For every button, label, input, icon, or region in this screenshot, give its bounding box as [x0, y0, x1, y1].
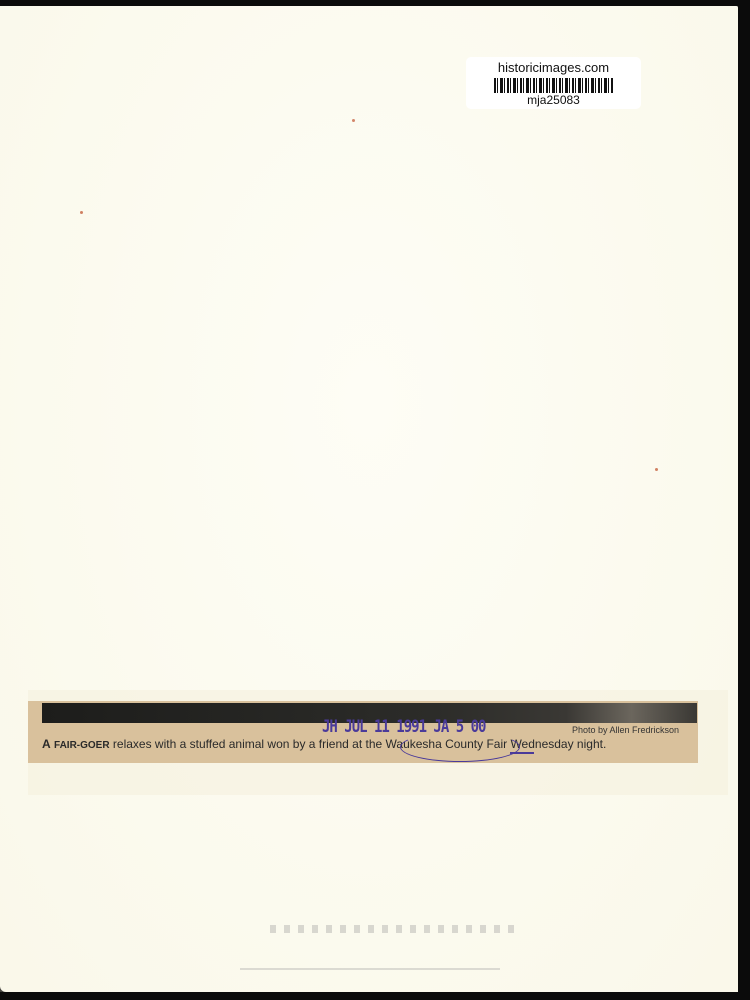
ink-speck	[80, 211, 83, 214]
faint-handwriting	[270, 925, 520, 933]
caption-smallcaps: FAIR-GOER	[54, 740, 110, 751]
caption-body: relaxes with a stuffed animal won by a f…	[110, 737, 607, 751]
photo-back-paper	[0, 6, 738, 992]
ink-speck	[655, 468, 658, 471]
barcode-icon	[494, 78, 614, 93]
faint-line	[240, 968, 500, 970]
sticker-site: historicimages.com	[466, 61, 641, 75]
caption-lead: A	[42, 737, 51, 751]
sticker-item-code: mja25083	[466, 93, 641, 107]
caption: A FAIR-GOER relaxes with a stuffed anima…	[42, 737, 606, 751]
historicimages-sticker: historicimages.com mja25083	[466, 57, 641, 109]
photo-credit: Photo by Allen Fredrickson	[572, 725, 679, 735]
pen-circle-mark	[400, 732, 520, 762]
pen-underline-mark	[510, 752, 534, 754]
ink-speck	[352, 119, 355, 122]
